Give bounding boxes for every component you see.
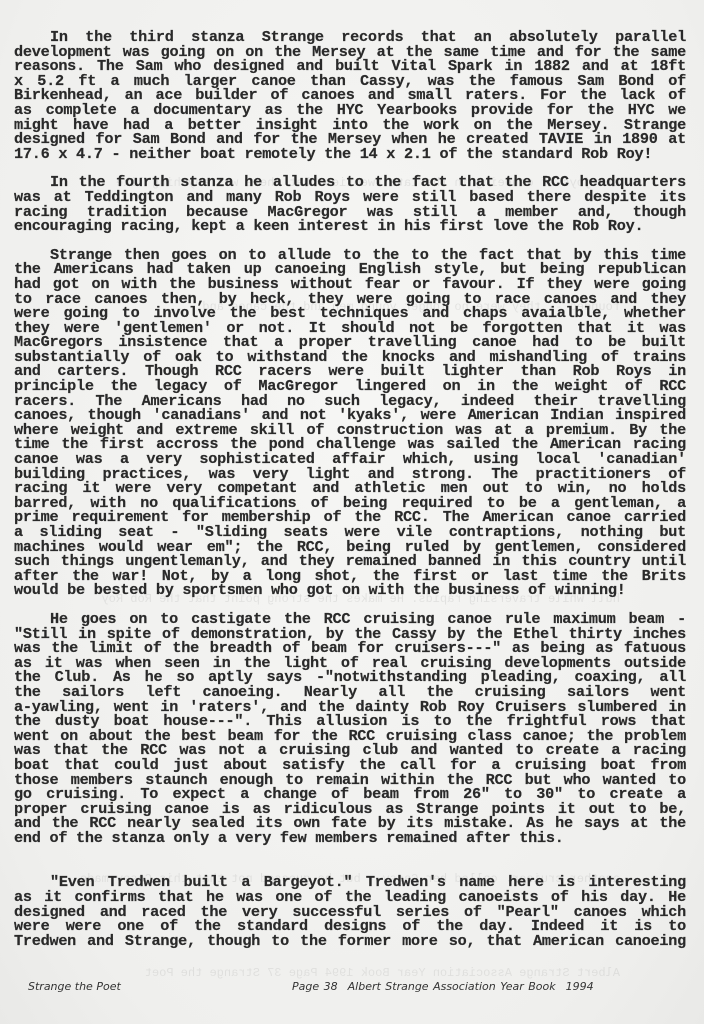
text-line: encouraging racing, kept a keen interest… [14, 219, 686, 234]
page-footer: Strange the Poet Page 38Albert Strange A… [28, 980, 678, 996]
text-line: Tredwen and Strange, though to the forme… [14, 934, 686, 949]
document-page: the joys of canoeing in the late twentie… [0, 0, 704, 1024]
article-body: In the third stanza Strange records that… [14, 30, 686, 948]
paragraph-tredwen: "Even Tredwen built a Bargeyot." Tredwen… [14, 875, 686, 948]
text-line: would be bested by sportsmen who got on … [14, 583, 686, 598]
footer-year: 1994 [566, 980, 594, 993]
paragraph-americans: Strange then goes on to allude to the to… [14, 248, 686, 598]
paragraph-fourth-stanza: In the fourth stanza he alludes to the f… [14, 175, 686, 233]
footer-publication-info: Page 38Albert Strange Association Year B… [292, 980, 604, 993]
bleed-through-text: Albert Strange Association Year Book 199… [60, 966, 620, 980]
text-line: end of the stanza only a very few member… [14, 831, 686, 846]
paragraph-cruising-beam: He goes on to castigate the RCC cruising… [14, 612, 686, 846]
paragraph-third-stanza: In the third stanza Strange records that… [14, 30, 686, 161]
footer-publication: Albert Strange Association Year Book [348, 980, 556, 993]
text-line: 17.6 x 4.7 - neither boat remotely the 1… [14, 147, 686, 162]
footer-page-number: Page 38 [292, 980, 338, 993]
footer-section-title: Strange the Poet [28, 980, 121, 993]
